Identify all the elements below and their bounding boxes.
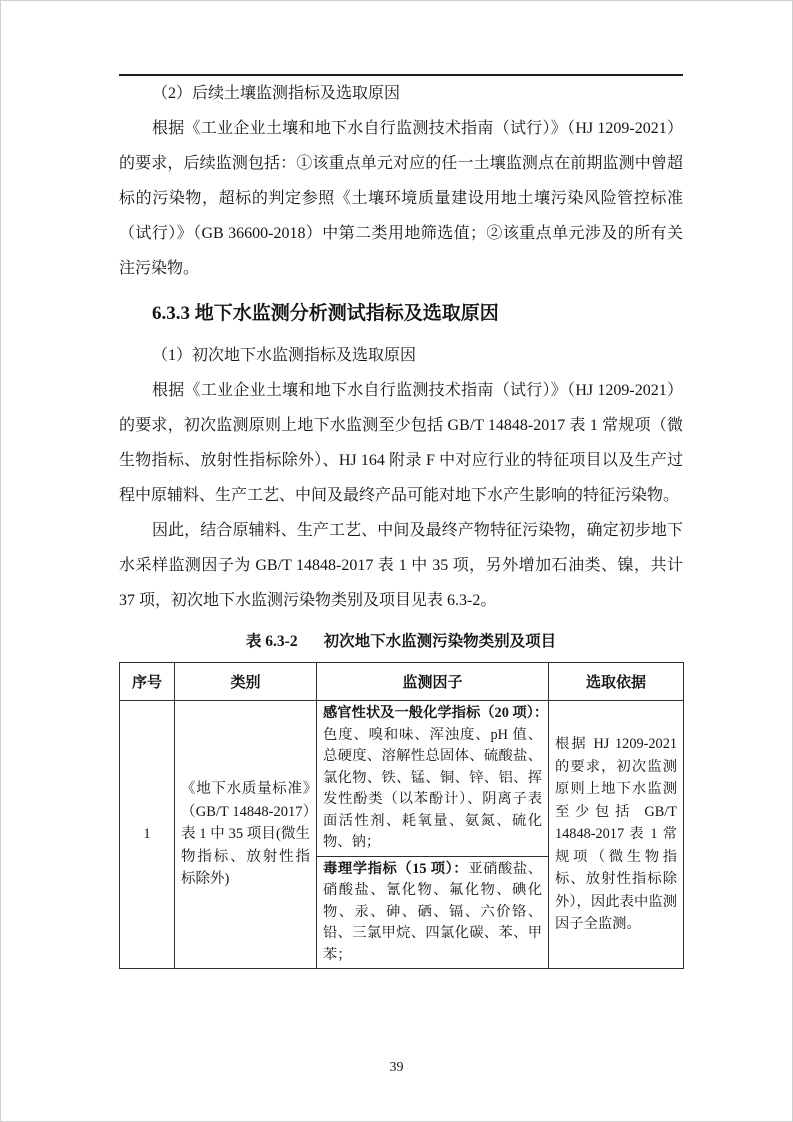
table-header-row: 序号 类别 监测因子 选取依据 — [120, 663, 684, 701]
cell-category: 《地下水质量标准》（GB/T 14848-2017）表 1 中 35 项目(微生… — [175, 701, 317, 969]
document-page: （2）后续土壤监测指标及选取原因 根据《工业企业土壤和地下水自行监测技术指南（试… — [0, 0, 793, 1122]
table-caption-number: 表 6.3-2 — [246, 633, 298, 650]
factors-sensory-list: 色度、嗅和味、浑浊度、pH 值、总硬度、溶解性总固体、硫酸盐、氯化物、铁、锰、铜… — [323, 727, 542, 851]
factors-toxicology-label: 毒理学指标（15 项）： — [323, 861, 468, 877]
factors-sensory-label: 感官性状及一般化学指标（20 项）： — [323, 703, 542, 725]
column-header-basis: 选取依据 — [549, 663, 684, 701]
column-header-seq: 序号 — [120, 663, 175, 701]
paragraph-monitor-factor-summary: 因此，结合原辅料、生产工艺、中间及最终产物特征污染物，确定初步地下水采样监测因子… — [119, 513, 683, 618]
table-caption: 表 6.3-2初次地下水监测污染物类别及项目 — [119, 631, 683, 653]
cell-seq: 1 — [120, 701, 175, 969]
column-header-factors: 监测因子 — [317, 663, 549, 701]
paragraph-initial-gw-body: 根据《工业企业土壤和地下水自行监测技术指南（试行）》（HJ 1209-2021）… — [119, 373, 683, 513]
page-content: （2）后续土壤监测指标及选取原因 根据《工业企业土壤和地下水自行监测技术指南（试… — [119, 0, 683, 969]
table-caption-title: 初次地下水监测污染物类别及项目 — [324, 633, 557, 650]
table-row: 1 《地下水质量标准》（GB/T 14848-2017）表 1 中 35 项目(… — [120, 701, 684, 857]
pollutant-category-table: 序号 类别 监测因子 选取依据 1 《地下水质量标准》（GB/T 14848-2… — [119, 662, 684, 969]
paragraph-initial-gw-heading: （1）初次地下水监测指标及选取原因 — [119, 338, 683, 373]
cell-basis: 根据 HJ 1209-2021 的要求，初次监测原则上地下水监测至少包括 GB/… — [549, 701, 684, 969]
column-header-category: 类别 — [175, 663, 317, 701]
cell-factors-sensory: 感官性状及一般化学指标（20 项）：色度、嗅和味、浑浊度、pH 值、总硬度、溶解… — [317, 701, 549, 857]
paragraph-followup-soil-body: 根据《工业企业土壤和地下水自行监测技术指南（试行）》（HJ 1209-2021）… — [119, 111, 683, 286]
paragraph-followup-soil-heading: （2）后续土壤监测指标及选取原因 — [119, 76, 683, 111]
section-heading-633: 6.3.3 地下水监测分析测试指标及选取原因 — [119, 299, 683, 329]
page-number: 39 — [0, 1060, 793, 1076]
cell-factors-toxicology: 毒理学指标（15 项）：亚硝酸盐、硝酸盐、氰化物、氟化物、碘化物、汞、砷、硒、镉… — [317, 856, 549, 969]
